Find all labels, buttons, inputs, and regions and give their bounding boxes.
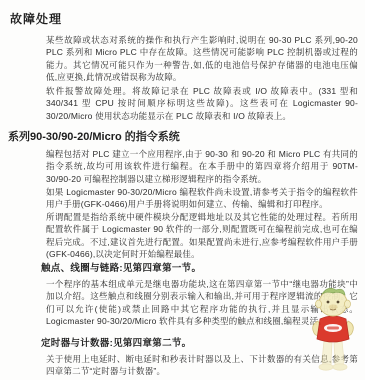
section-paragraph-3: 所谓配置是指给系统中硬件模块分配逻辑地址以及其它性能的处理过程。若所用配置软件属…: [46, 211, 358, 261]
intro-paragraph-1: 某些故障或状态对系统的操作和执行产生影响时,说明在 90-30 PLC 系列,9…: [46, 34, 358, 84]
page-title: 故障处理: [10, 10, 62, 27]
subheading-contacts-coils-links: 触点、线圈与链路:见第四章第一节。: [41, 260, 201, 274]
section-paragraph-1: 编程包括对 PLC 建立一个应用程序,由于 90-30 和 90-20 和 Mi…: [46, 148, 358, 185]
section-title: 系列90-30/90-20/Micro 的指令系统: [8, 128, 180, 144]
document-page: 故障处理 某些故障或状态对系统的操作和执行产生影响时,说明在 90-30 PLC…: [0, 0, 365, 380]
timers-paragraph: 关于使用上电延时、断电延时和秒表计时器以及上、下计数器的有关信息,参考第四章第二…: [46, 353, 358, 378]
section-paragraph-2: 如果 Logicmaster 90-30/20/Micro 编程软件尚未设置,请…: [46, 186, 358, 211]
intro-paragraph-2: 软件报警故障处理。将故障记录在 PLC 故障表或 I/O 故障表中。(331 型…: [46, 85, 358, 122]
subheading-timers-counters: 定时器与计数器:见第四章第二节。: [41, 335, 191, 349]
contacts-paragraph: 一个程序的基本组成单元是继电器功能块,这在第四章第一节中“继电器功能块”中加以介…: [46, 278, 358, 328]
